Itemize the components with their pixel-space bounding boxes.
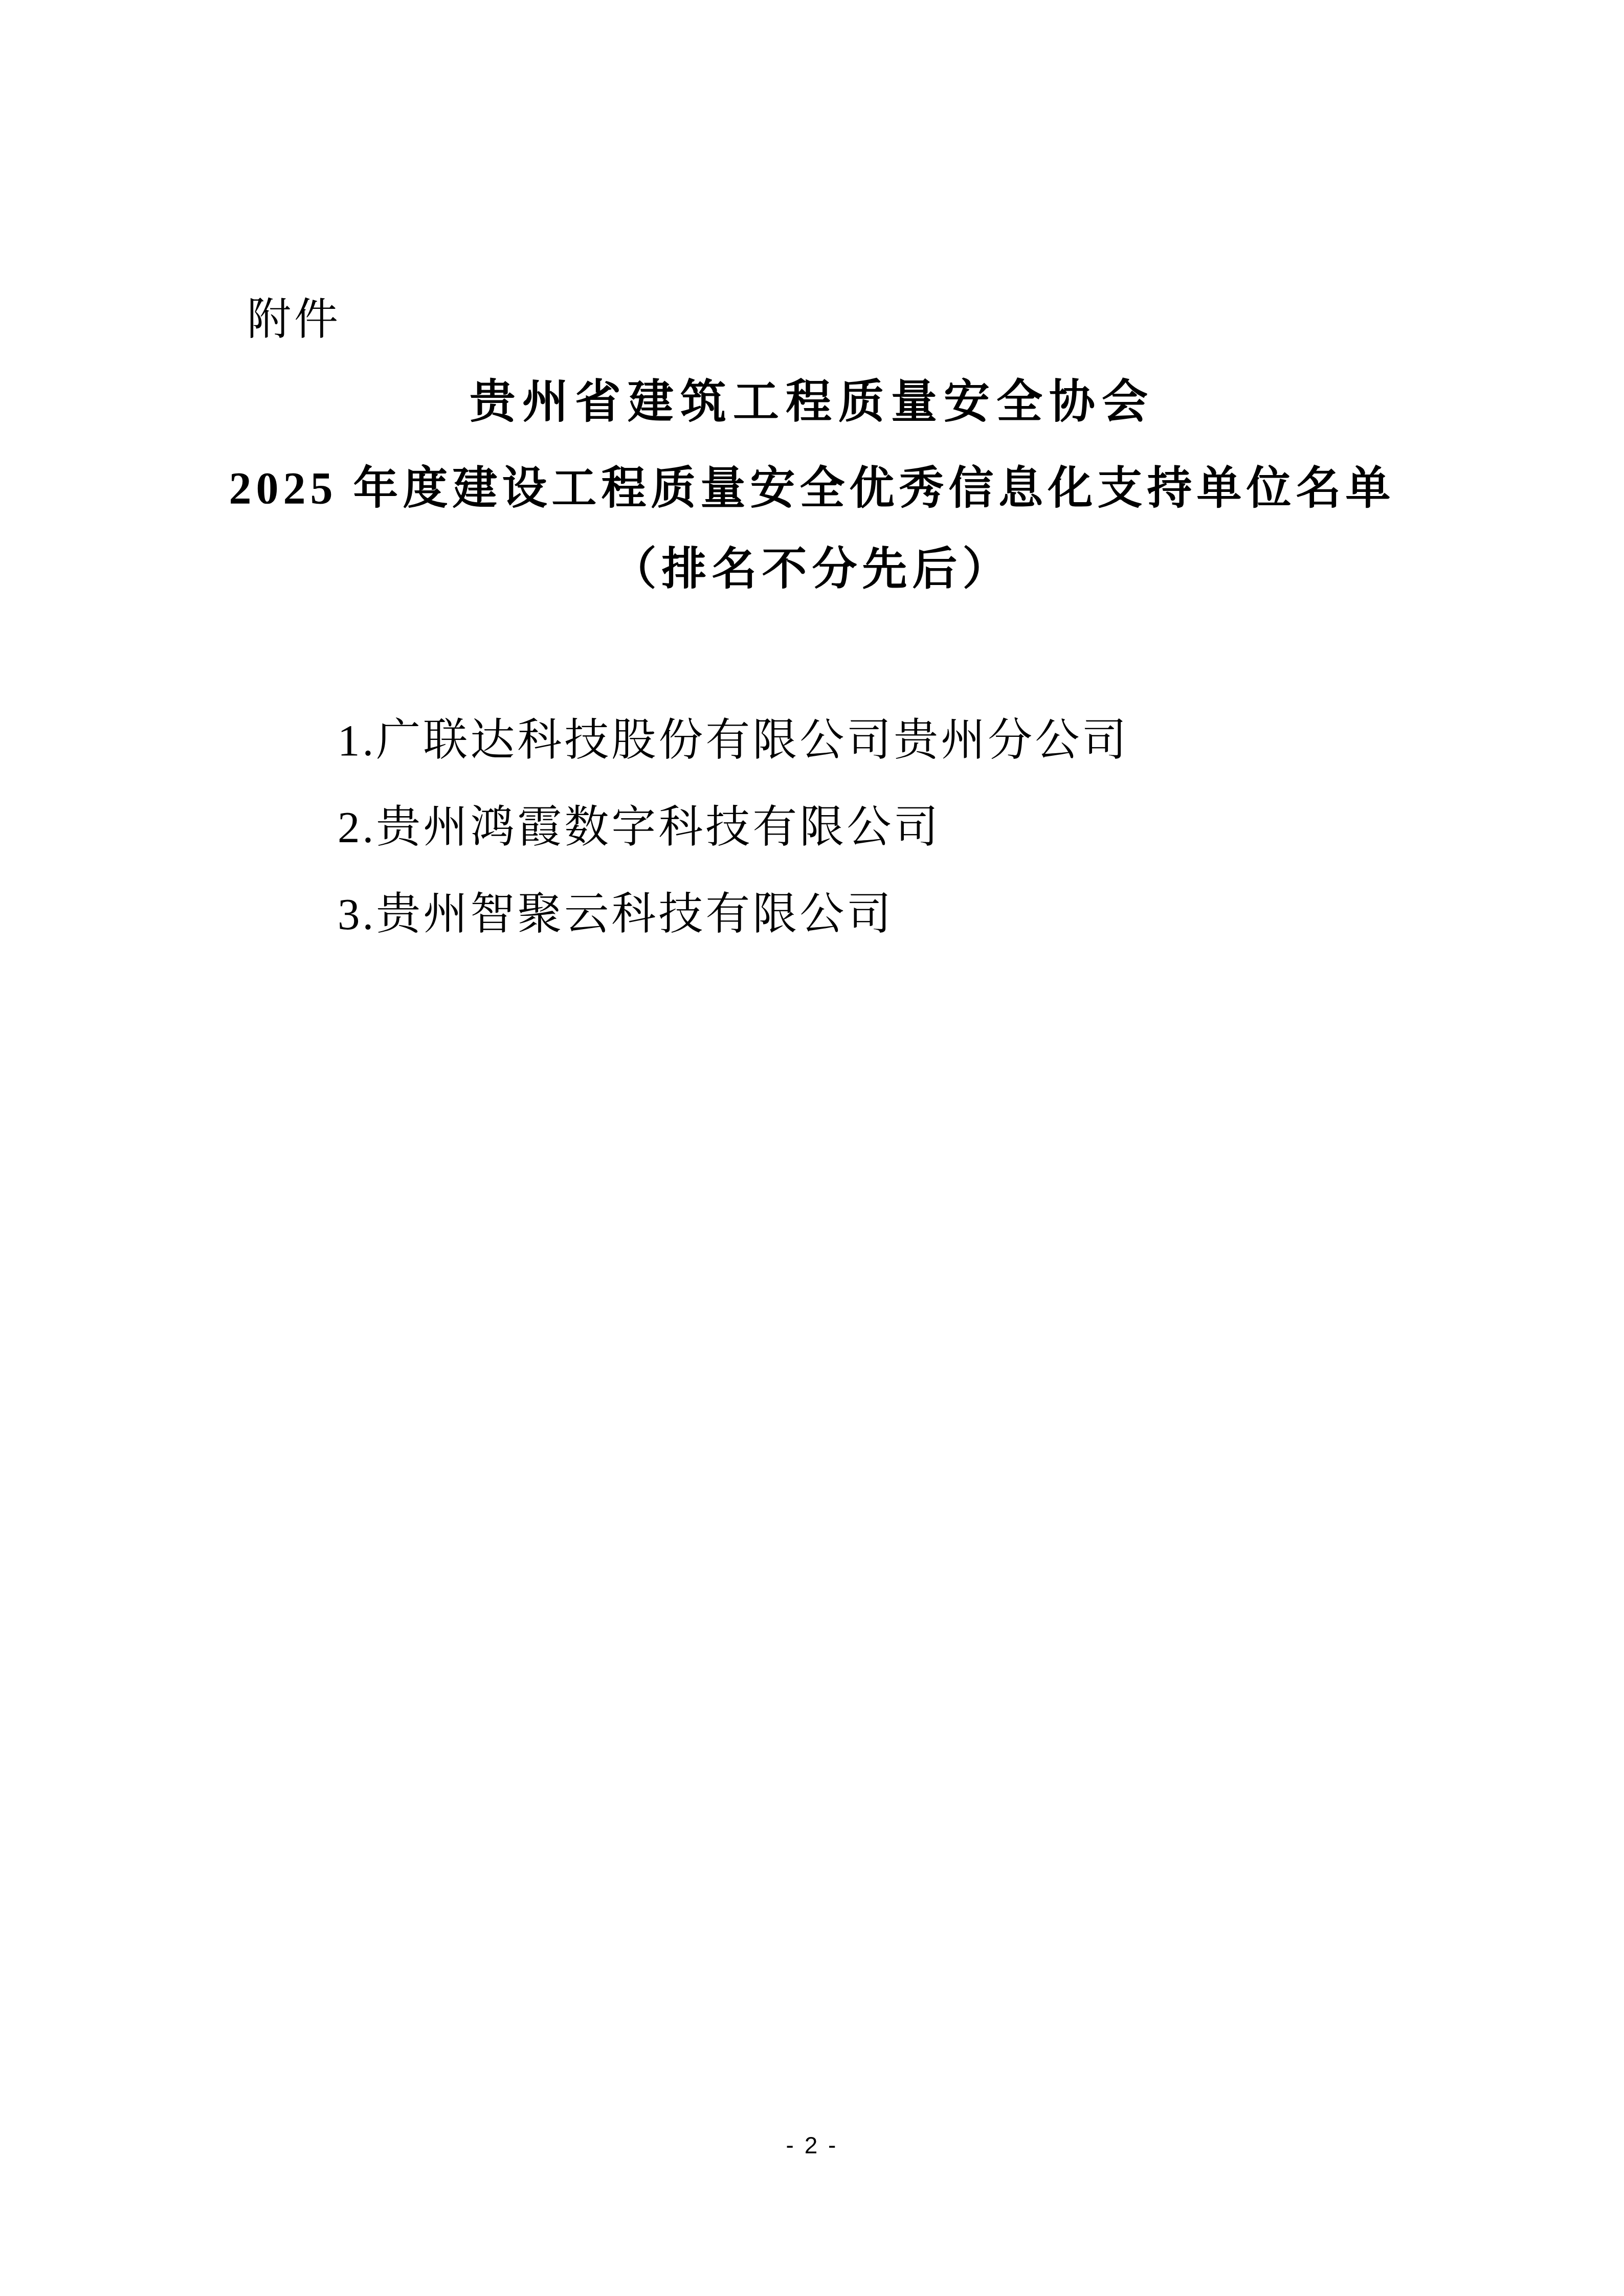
list-item: 3.贵州智聚云科技有限公司	[338, 892, 1129, 936]
page-number-footer: - 2 -	[0, 2133, 1624, 2157]
list-item: 1.广联达科技股份有限公司贵州分公司	[338, 718, 1129, 762]
doc-title-subtitle: （排名不分先后）	[0, 547, 1624, 592]
document-page: 附件 贵州省建筑工程质量安全协会 2025 年度建设工程质量安全优秀信息化支持单…	[0, 0, 1624, 2296]
attachment-label: 附件	[247, 298, 341, 342]
doc-title-line1: 贵州省建筑工程质量安全协会	[0, 379, 1624, 425]
list-item: 2.贵州鸿霞数字科技有限公司	[338, 805, 1129, 849]
unit-list: 1.广联达科技股份有限公司贵州分公司 2.贵州鸿霞数字科技有限公司 3.贵州智聚…	[338, 718, 1129, 979]
doc-title-line2: 2025 年度建设工程质量安全优秀信息化支持单位名单	[0, 466, 1624, 511]
